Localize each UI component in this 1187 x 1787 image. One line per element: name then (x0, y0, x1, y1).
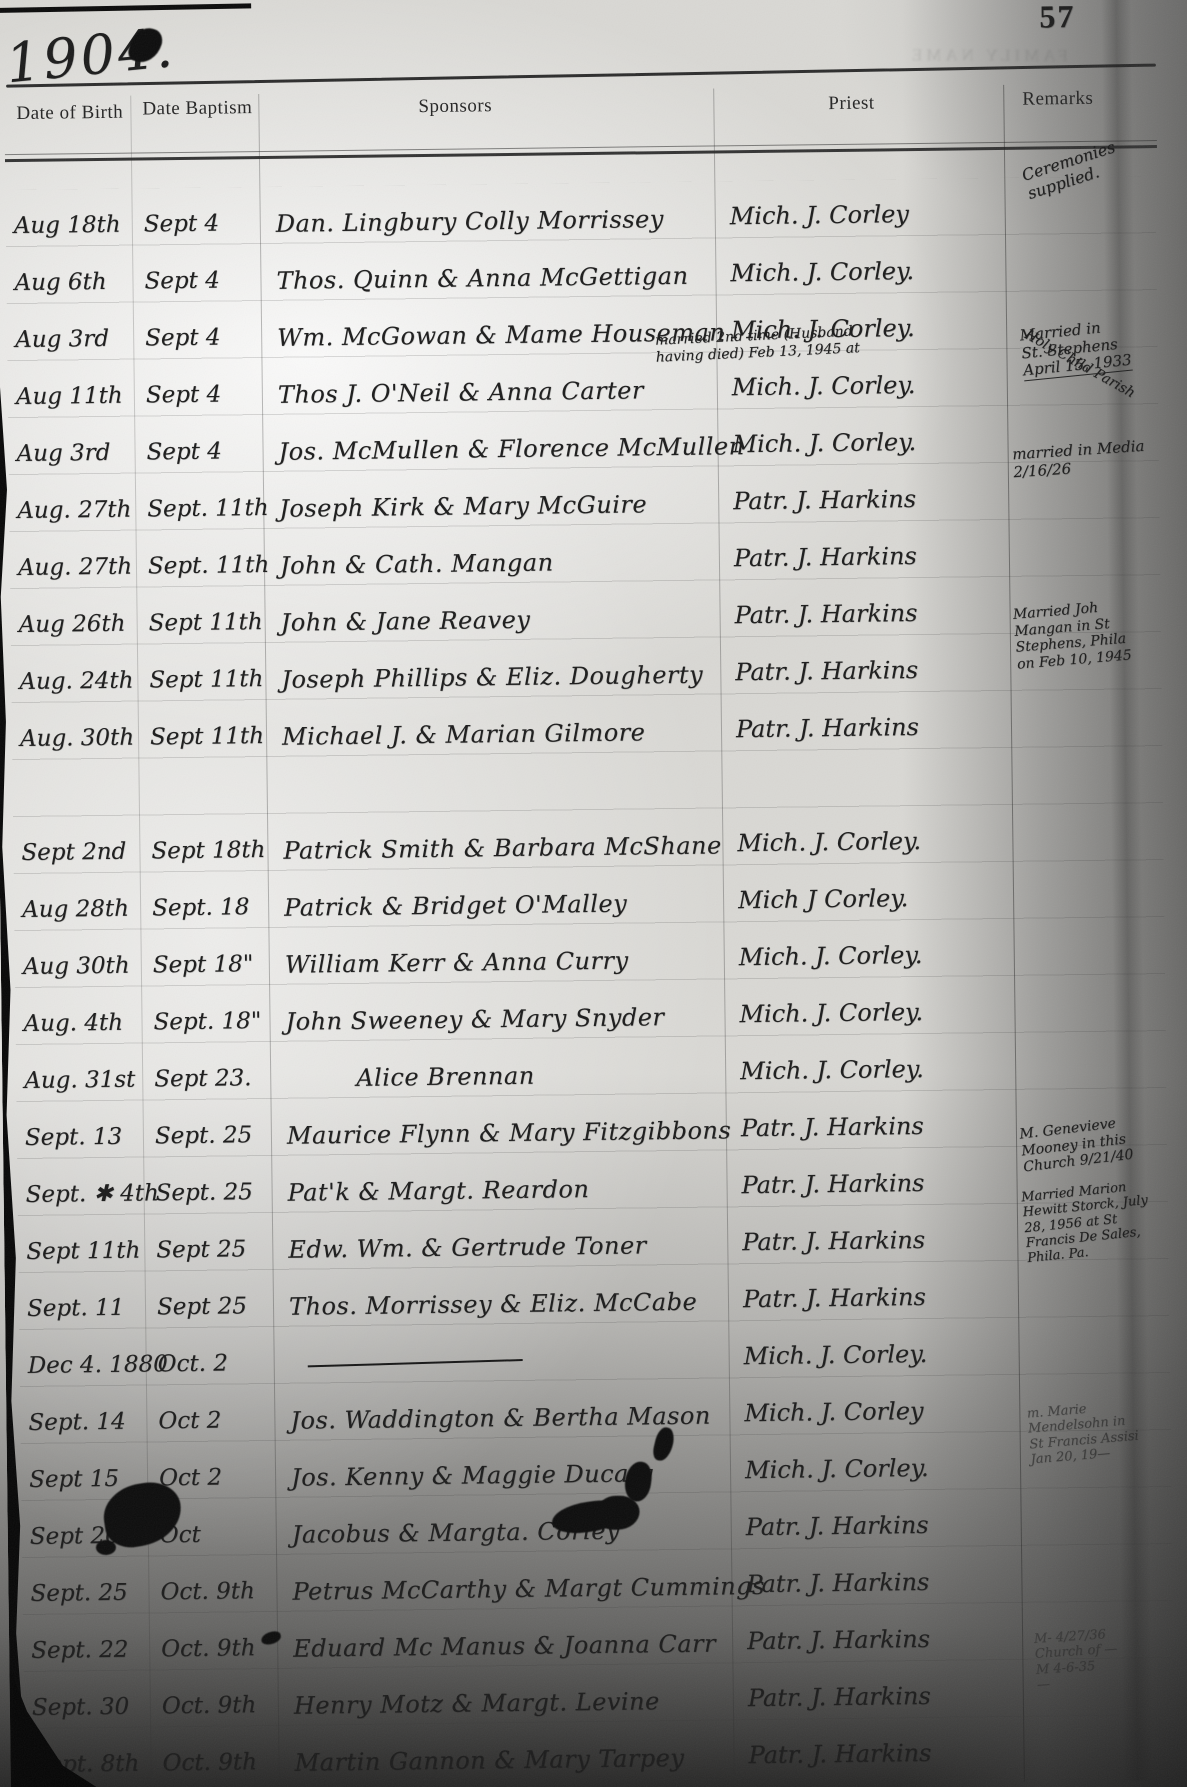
baptism-date-cell: Sept 25 (156, 1236, 281, 1264)
baptism-date-cell: Oct 2 (159, 1464, 284, 1492)
priest-cell: Patr. J. Harkins (743, 1282, 1023, 1313)
sponsors-cell: Eduard Mc Manus & Joanna Carr (293, 1629, 763, 1663)
priest-cell: Patr. J. Harkins (742, 1225, 1022, 1256)
sponsors-cell: Michael J. & Marian Gilmore (282, 717, 752, 751)
register-page: 57 1904. FAMILY NAME Date of Birth Date … (0, 0, 1187, 1787)
sponsors-cell: Martin Gannon & Mary Tarpey (294, 1743, 764, 1777)
priest-cell: Mich. J. Corley. (745, 1453, 1025, 1484)
priest-cell: Patr. J. Harkins (747, 1624, 1027, 1655)
baptism-date-cell: Sept 11th (150, 723, 275, 751)
birth-date-cell: Aug 11th (16, 382, 146, 410)
birth-date-cell: Aug 6th (14, 268, 144, 296)
column-header-sponsors: Sponsors (418, 95, 492, 118)
column-header-remarks: Remarks (1022, 88, 1093, 111)
priest-cell: Patr. J. Harkins (734, 598, 1014, 629)
sponsors-cell: Thos. Quinn & Anna McGettigan (276, 261, 746, 295)
sponsors-cell: Henry Motz & Margt. Levine (294, 1686, 764, 1720)
baptism-date-cell: Sept 25 (157, 1293, 282, 1321)
birth-date-cell: Aug 3rd (16, 439, 146, 467)
birth-date-cell: Aug. 27th (18, 553, 148, 581)
sponsors-cell: Patrick Smith & Barbara McShane (283, 831, 753, 865)
priest-cell: Patr. J. Harkins (746, 1567, 1026, 1598)
birth-date-cell: Sept. ✱ 4th (25, 1180, 155, 1208)
sponsors-cell (290, 1372, 760, 1378)
priest-cell: Mich. J. Corley (730, 199, 1010, 230)
priest-cell: Mich. J. Corley. (737, 826, 1017, 857)
sponsors-cell: Maurice Flynn & Mary Fitzgibbons (287, 1116, 757, 1150)
birth-date-cell: Aug 28th (22, 895, 152, 923)
baptism-date-cell: Oct. 9th (162, 1749, 287, 1777)
baptism-date-cell: Sept. 11th (147, 495, 272, 523)
sponsors-cell: Jacobus & Margta. Corley (292, 1515, 762, 1549)
baptism-date-cell: Sept 4 (146, 381, 271, 409)
priest-cell: Mich. J. Corley. (730, 256, 1010, 287)
priest-cell: Mich. J. Corley. (739, 997, 1019, 1028)
birth-date-cell: Sept. 30 (32, 1693, 162, 1721)
priest-cell: Patr. J. Harkins (741, 1111, 1021, 1142)
sponsors-cell: Jos. Kenny & Maggie Ducaty (291, 1458, 761, 1492)
baptism-date-cell: Sept 18th (151, 837, 276, 865)
priest-cell: Patr. J. Harkins (735, 655, 1015, 686)
sponsors-cell: Jos. McMullen & Florence McMullen (278, 432, 748, 466)
birth-date-cell: Sept 2nd (21, 838, 151, 866)
birth-date-cell: Aug. 30th (20, 724, 150, 752)
baptism-date-cell: Sept 4 (144, 210, 269, 238)
priest-cell: Mich. J. Corley. (732, 370, 1012, 401)
bleed-through-text: FAMILY NAME (848, 45, 1068, 66)
sponsors-cell: Thos J. O'Neil & Anna Carter (278, 375, 748, 409)
priest-cell: Mich. J. Corley. (732, 427, 1012, 458)
priest-cell: Mich. J. Corley. (739, 940, 1019, 971)
priest-cell: Patr. J. Harkins (736, 712, 1016, 743)
sponsors-cell: Edw. Wm. & Gertrude Toner (288, 1230, 758, 1264)
baptism-date-cell: Sept. 25 (155, 1179, 280, 1207)
baptism-date-cell: Sept 4 (146, 438, 271, 466)
page-content: 57 1904. FAMILY NAME Date of Birth Date … (0, 0, 1187, 1787)
baptism-date-cell: Sept 18" (153, 951, 278, 979)
priest-cell: Patr. J. Harkins (748, 1738, 1028, 1769)
baptism-date-cell: Sept 4 (145, 324, 270, 352)
sponsors-cell: Patrick & Bridget O'Malley (284, 888, 754, 922)
baptism-date-cell: Oct (160, 1521, 285, 1549)
birth-date-cell: Aug. 4th (23, 1009, 153, 1037)
sponsors-cell: John Sweeney & Mary Snyder (285, 1002, 755, 1036)
baptism-date-cell: Oct 2 (158, 1407, 283, 1435)
column-header-date-of-birth: Date of Birth (16, 102, 123, 125)
page-number: 57 (1039, 0, 1075, 35)
sponsors-cell: John & Jane Reavey (280, 603, 750, 637)
page-top-edge (0, 3, 251, 13)
sponsors-cell: Joseph Kirk & Mary McGuire (279, 489, 749, 523)
baptism-date-cell: Sept. 18 (152, 894, 277, 922)
sponsors-cell: Pat'k & Margt. Reardon (287, 1173, 757, 1207)
sponsors-cell: Joseph Phillips & Eliz. Dougherty (281, 660, 751, 694)
baptism-date-cell: Sept 11th (149, 609, 274, 637)
birth-date-cell: Sept. 25 (30, 1579, 160, 1607)
priest-cell: Patr. J. Harkins (734, 541, 1014, 572)
birth-date-cell: Sept. 11 (27, 1294, 157, 1322)
birth-date-cell: Aug. 24th (19, 667, 149, 695)
baptism-date-cell: Sept. 18" (153, 1008, 278, 1036)
priest-cell: Patr. J. Harkins (748, 1681, 1028, 1712)
birth-date-cell: Aug 3rd (15, 325, 145, 353)
birth-date-cell: Aug. 31st (24, 1066, 154, 1094)
column-header-date-baptism: Date Baptism (142, 97, 252, 120)
priest-cell: Patr. J. Harkins (741, 1168, 1021, 1199)
birth-date-cell: Sept. 14 (28, 1408, 158, 1436)
baptism-date-cell: Sept 23. (154, 1065, 279, 1093)
birth-date-cell: Aug. 27th (17, 496, 147, 524)
column-headers: Date of Birth Date Baptism Sponsors Prie… (0, 81, 1178, 151)
baptism-date-cell: Sept. 25 (155, 1122, 280, 1150)
sponsors-cell: Dan. Lingbury Colly Morrissey (276, 204, 746, 238)
priest-cell: Mich. J. Corley. (740, 1054, 1020, 1085)
birth-date-cell: Sept. 13 (25, 1123, 155, 1151)
birth-date-cell: Dec 4. 1880 (28, 1351, 158, 1379)
sponsors-cell: Jos. Waddington & Bertha Mason (290, 1401, 760, 1435)
baptism-date-cell: Oct. 2 (158, 1350, 283, 1378)
priest-cell: Mich. J. Corley (744, 1396, 1024, 1427)
birth-date-cell: Aug 26th (19, 610, 149, 638)
baptism-date-cell: Sept 4 (144, 267, 269, 295)
sponsors-cell: Thos. Morrissey & Eliz. McCabe (289, 1287, 759, 1321)
margin-remark: M- 4/27/36Church of —M 4-6-35— (1034, 1627, 1120, 1694)
birth-date-cell: Aug 18th (14, 211, 144, 239)
baptism-date-cell: Oct. 9th (162, 1692, 287, 1720)
priest-cell: Patr. J. Harkins (746, 1510, 1026, 1541)
birth-date-cell: Aug 30th (23, 952, 153, 980)
birth-date-cell: Sept 11th (26, 1237, 156, 1265)
baptism-date-cell: Sept. 11th (148, 552, 273, 580)
birth-date-cell: Sept. 22 (31, 1636, 161, 1664)
baptism-date-cell: Oct. 9th (160, 1578, 285, 1606)
baptism-date-cell: Sept 11th (149, 666, 274, 694)
priest-cell: Mich J Corley. (738, 883, 1018, 914)
sponsors-cell: William Kerr & Anna Curry (285, 945, 755, 979)
priest-cell: Mich. J. Corley. (743, 1339, 1023, 1370)
priest-cell: Patr. J. Harkins (733, 484, 1013, 515)
blank-entry-dash (308, 1359, 523, 1367)
column-header-priest: Priest (828, 93, 875, 116)
sponsors-cell: Petrus McCarthy & Margt Cummings (292, 1572, 762, 1606)
sponsors-cell: John & Cath. Mangan (280, 546, 750, 580)
